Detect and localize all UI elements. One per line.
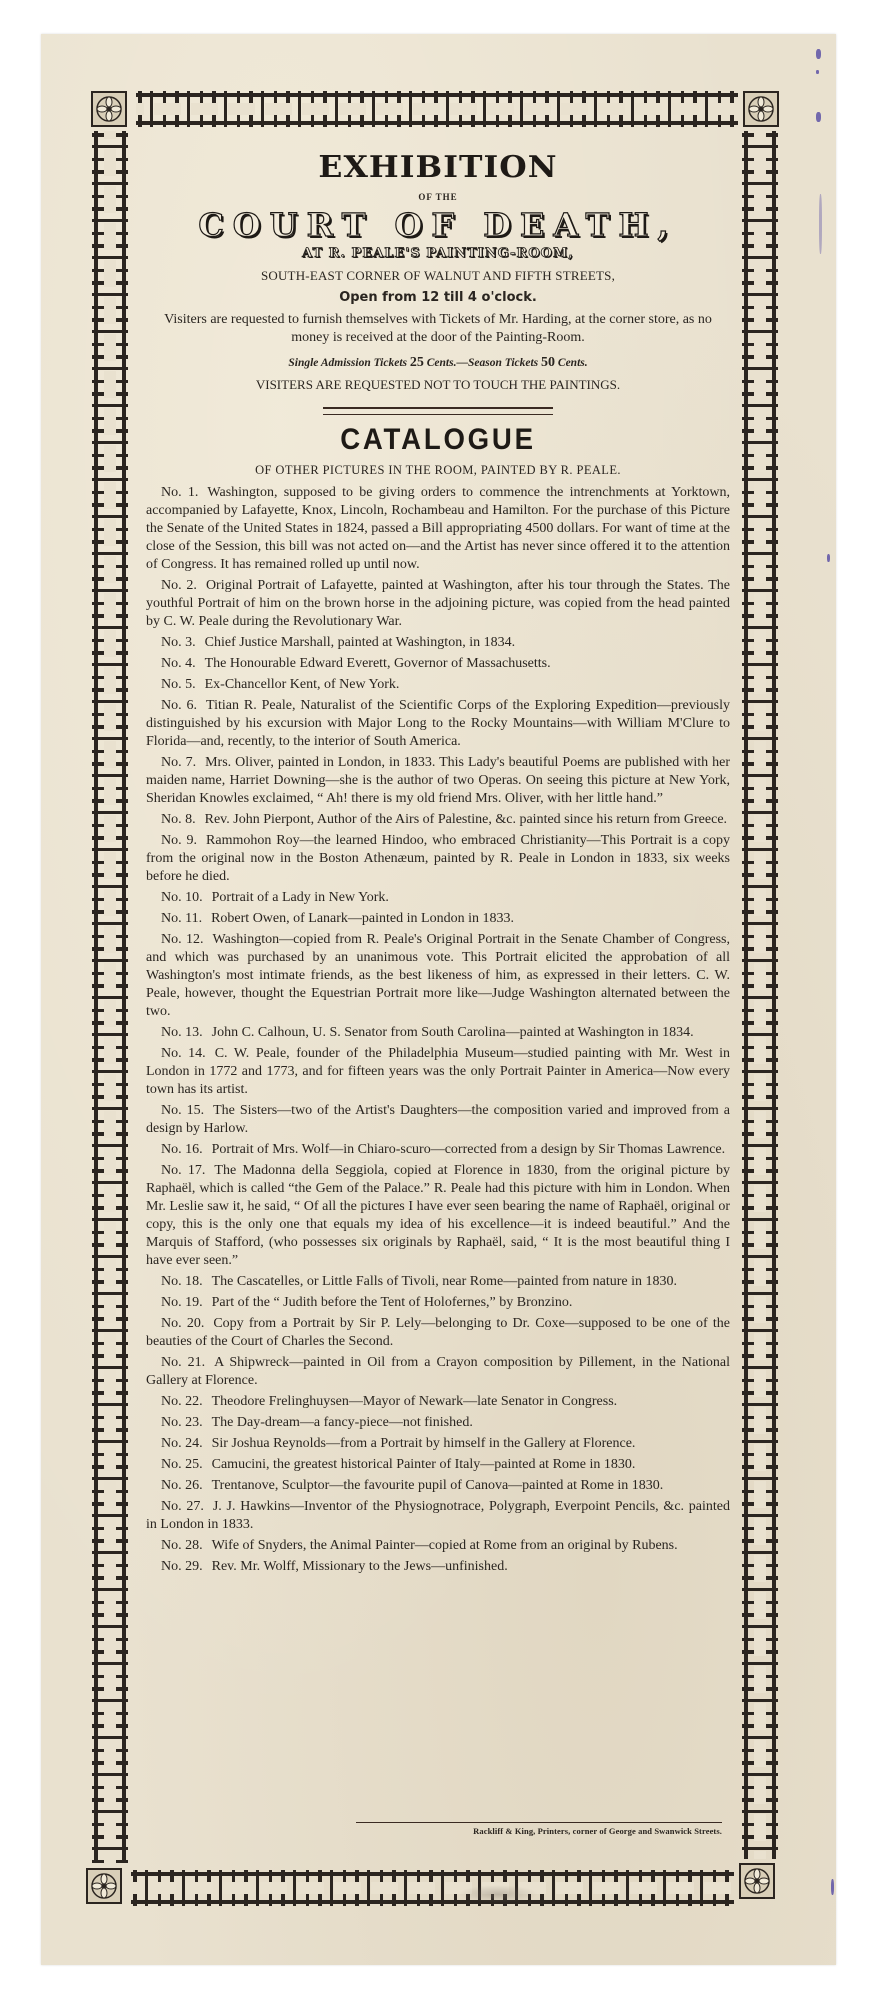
catalogue-item: No. 11.Robert Owen, of Lanark—painted in…	[146, 910, 730, 928]
broadside-header: EXHIBITION OF THE COURT OF DEATH, AT R. …	[146, 151, 730, 478]
item-number: No. 17.	[161, 1163, 205, 1178]
item-description: J. J. Hawkins—Inventor of the Physiognot…	[146, 1499, 730, 1532]
broadside-content: EXHIBITION OF THE COURT OF DEATH, AT R. …	[146, 140, 730, 1579]
item-description: Washington—copied from R. Peale's Origin…	[146, 932, 730, 1019]
item-number: No. 9.	[161, 833, 197, 848]
item-number: No. 18.	[161, 1274, 203, 1289]
item-number: No. 28.	[161, 1538, 203, 1553]
item-number: No. 2.	[161, 578, 197, 593]
item-description: Titian R. Peale, Naturalist of the Scien…	[146, 698, 730, 749]
item-number: No. 26.	[161, 1478, 203, 1493]
catalogue-item: No. 19.Part of the “ Judith before the T…	[146, 1294, 730, 1312]
item-number: No. 12.	[161, 932, 204, 947]
item-description: Wife of Snyders, the Animal Painter—copi…	[212, 1538, 678, 1553]
item-description: Sir Joshua Reynolds—from a Portrait by h…	[212, 1436, 636, 1451]
catalogue-item: No. 5.Ex-Chancellor Kent, of New York.	[146, 676, 730, 694]
season-ticket-unit: Cents.	[558, 357, 588, 369]
item-description: Copy from a Portrait by Sir P. Lely—belo…	[146, 1316, 730, 1349]
item-number: No. 29.	[161, 1559, 203, 1574]
item-description: Chief Justice Marshall, painted at Washi…	[205, 635, 515, 650]
item-number: No. 11.	[161, 911, 202, 926]
item-number: No. 19.	[161, 1295, 203, 1310]
hours-line: Open from 12 till 4 o'clock.	[146, 288, 730, 308]
corner-rosette-icon	[91, 91, 127, 127]
greek-key-border-top	[136, 91, 738, 127]
item-number: No. 14.	[161, 1046, 206, 1061]
catalogue-item: No. 28.Wife of Snyders, the Animal Paint…	[146, 1537, 730, 1555]
single-ticket-price: 25	[410, 355, 424, 370]
item-number: No. 23.	[161, 1415, 203, 1430]
catalogue-item: No. 26.Trentanove, Sculptor—the favourit…	[146, 1477, 730, 1495]
season-ticket-price: 50	[541, 355, 555, 370]
catalogue-item: No. 4.The Honourable Edward Everett, Gov…	[146, 655, 730, 673]
ink-mark	[831, 1879, 834, 1895]
single-ticket-unit: Cents.	[427, 357, 457, 369]
catalogue-item: No. 20.Copy from a Portrait by Sir P. Le…	[146, 1315, 730, 1351]
item-description: The Honourable Edward Everett, Governor …	[205, 656, 551, 671]
address-line: SOUTH-EAST CORNER OF WALNUT AND FIFTH ST…	[146, 267, 730, 285]
subject-title: COURT OF DEATH,	[146, 205, 730, 245]
catalogue-item: No. 16.Portrait of Mrs. Wolf—in Chiaro-s…	[146, 1141, 730, 1159]
item-number: No. 24.	[161, 1436, 203, 1451]
item-description: A Shipwreck—painted in Oil from a Crayon…	[146, 1355, 730, 1388]
title: EXHIBITION	[131, 151, 744, 185]
item-number: No. 1.	[161, 485, 198, 500]
catalogue-item: No. 1.Washington, supposed to be giving …	[146, 484, 730, 574]
ink-smudge	[458, 1885, 538, 1903]
catalogue-item: No. 17.The Madonna della Seggiola, copie…	[146, 1162, 730, 1270]
tickets-notice: Visiters are requested to furnish themse…	[146, 311, 730, 347]
catalogue-heading: CATALOGUE	[169, 422, 706, 458]
of-the-line: OF THE	[146, 191, 730, 203]
item-number: No. 20.	[161, 1316, 204, 1331]
catalogue-item: No. 13.John C. Calhoun, U. S. Senator fr…	[146, 1024, 730, 1042]
greek-key-border-bottom	[131, 1870, 734, 1906]
item-description: C. W. Peale, founder of the Philadelphia…	[146, 1046, 730, 1097]
catalogue-item: No. 14.C. W. Peale, founder of the Phila…	[146, 1045, 730, 1099]
item-number: No. 5.	[161, 677, 196, 692]
catalogue-item: No. 7.Mrs. Oliver, painted in London, in…	[146, 754, 730, 808]
ink-mark	[816, 112, 821, 122]
ink-mark	[819, 194, 822, 254]
catalogue-item: No. 27.J. J. Hawkins—Inventor of the Phy…	[146, 1498, 730, 1534]
catalogue-item: No. 23.The Day-dream—a fancy-piece—not f…	[146, 1414, 730, 1432]
catalogue-item: No. 3.Chief Justice Marshall, painted at…	[146, 634, 730, 652]
item-description: The Cascatelles, or Little Falls of Tivo…	[212, 1274, 677, 1289]
item-description: Washington, supposed to be giving orders…	[146, 485, 730, 572]
greek-key-border-right	[742, 131, 778, 1859]
single-ticket-label: Single Admission Tickets	[288, 357, 407, 369]
catalogue-item: No. 15.The Sisters—two of the Artist's D…	[146, 1102, 730, 1138]
ink-mark	[816, 49, 821, 59]
corner-rosette-icon	[739, 1863, 775, 1899]
item-description: Rammohon Roy—the learned Hindoo, who emb…	[146, 833, 730, 884]
item-description: Mrs. Oliver, painted in London, in 1833.…	[146, 755, 730, 806]
item-description: Rev. Mr. Wolff, Missionary to the Jews—u…	[212, 1559, 508, 1574]
catalogue-subheading: OF OTHER PICTURES IN THE ROOM, PAINTED B…	[146, 462, 730, 478]
no-touch-notice: VISITERS ARE REQUESTED NOT TO TOUCH THE …	[146, 376, 730, 394]
item-number: No. 8.	[161, 812, 196, 827]
item-number: No. 6.	[161, 698, 197, 713]
item-description: Theodore Frelinghuysen—Mayor of Newark—l…	[212, 1394, 618, 1409]
printer-imprint: Rackliff & King, Printers, corner of Geo…	[356, 1822, 722, 1836]
catalogue-item: No. 6.Titian R. Peale, Naturalist of the…	[146, 697, 730, 751]
item-description: Robert Owen, of Lanark—painted in London…	[211, 911, 514, 926]
season-ticket-label: Season Tickets	[468, 357, 538, 369]
catalogue-item: No. 10.Portrait of a Lady in New York.	[146, 889, 730, 907]
item-description: Portrait of Mrs. Wolf—in Chiaro-scuro—co…	[212, 1142, 726, 1157]
item-number: No. 22.	[161, 1394, 203, 1409]
item-number: No. 10.	[161, 890, 203, 905]
item-number: No. 21.	[161, 1355, 205, 1370]
item-number: No. 4.	[161, 656, 196, 671]
venue-line: AT R. PEALE'S PAINTING-ROOM,	[146, 245, 730, 263]
catalogue-item: No. 2.Original Portrait of Lafayette, pa…	[146, 577, 730, 631]
item-number: No. 7.	[161, 755, 196, 770]
item-description: Ex-Chancellor Kent, of New York.	[205, 677, 400, 692]
ink-mark	[827, 554, 830, 562]
item-number: No. 15.	[161, 1103, 204, 1118]
item-number: No. 25.	[161, 1457, 203, 1472]
item-number: No. 13.	[161, 1025, 203, 1040]
item-number: No. 27.	[161, 1499, 204, 1514]
catalogue-item: No. 21.A Shipwreck—painted in Oil from a…	[146, 1354, 730, 1390]
item-description: Camucini, the greatest historical Painte…	[212, 1457, 636, 1472]
item-number: No. 3.	[161, 635, 196, 650]
corner-rosette-icon	[86, 1868, 122, 1904]
item-description: The Sisters—two of the Artist's Daughter…	[146, 1103, 730, 1136]
catalogue-item: No. 24.Sir Joshua Reynolds—from a Portra…	[146, 1435, 730, 1453]
catalogue-item: No. 18.The Cascatelles, or Little Falls …	[146, 1273, 730, 1291]
item-description: John C. Calhoun, U. S. Senator from Sout…	[212, 1025, 694, 1040]
item-description: The Day-dream—a fancy-piece—not finished…	[212, 1415, 473, 1430]
double-rule-divider	[323, 407, 553, 415]
greek-key-border-left	[92, 131, 128, 1863]
item-description: Original Portrait of Lafayette, painted …	[146, 578, 730, 629]
catalogue-item: No. 12.Washington—copied from R. Peale's…	[146, 931, 730, 1021]
item-description: Part of the “ Judith before the Tent of …	[212, 1295, 573, 1310]
price-separator: —	[456, 357, 468, 369]
ticket-prices: Single Admission Tickets 25 Cents.—Seaso…	[146, 355, 730, 371]
item-description: Rev. John Pierpont, Author of the Airs o…	[205, 812, 727, 827]
item-description: Trentanove, Sculptor—the favourite pupil…	[212, 1478, 664, 1493]
item-number: No. 16.	[161, 1142, 203, 1157]
catalogue-item: No. 22.Theodore Frelinghuysen—Mayor of N…	[146, 1393, 730, 1411]
corner-rosette-icon	[743, 91, 779, 127]
catalogue-item: No. 25.Camucini, the greatest historical…	[146, 1456, 730, 1474]
item-description: The Madonna della Seggiola, copied at Fl…	[146, 1163, 730, 1268]
ink-mark	[816, 70, 819, 74]
catalogue-list: No. 1.Washington, supposed to be giving …	[146, 484, 730, 1576]
catalogue-item: No. 8.Rev. John Pierpont, Author of the …	[146, 811, 730, 829]
catalogue-item: No. 9.Rammohon Roy—the learned Hindoo, w…	[146, 832, 730, 886]
catalogue-item: No. 29.Rev. Mr. Wolff, Missionary to the…	[146, 1558, 730, 1576]
item-description: Portrait of a Lady in New York.	[212, 890, 389, 905]
